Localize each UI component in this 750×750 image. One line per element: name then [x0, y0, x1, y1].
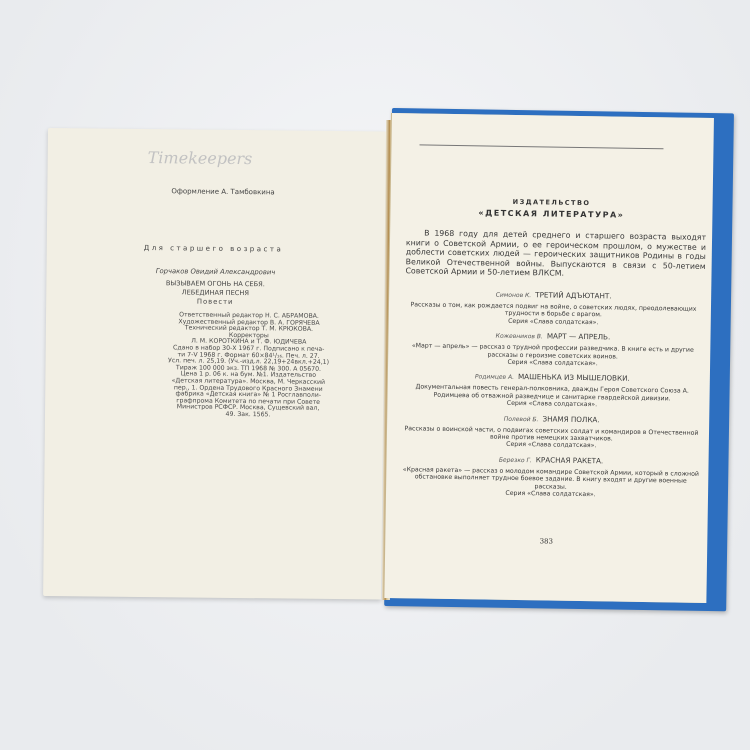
left-page-colophon: Timekeepers Оформление А. Тамбовкина Для… [43, 128, 386, 600]
right-page-advert: ИЗДАТЕЛЬСТВО «ДЕТСКАЯ ЛИТЕРАТУРА» В 1968… [384, 113, 714, 603]
page-number: 383 [385, 535, 707, 548]
intro-text: В 1968 году для детей среднего и старшег… [405, 228, 706, 281]
entry-author: Березко Г. [499, 457, 532, 465]
publisher-name: «ДЕТСКАЯ ЛИТЕРАТУРА» [390, 207, 712, 221]
entry-heading: Березко Г.КРАСНАЯ РАКЕТА. [399, 453, 704, 467]
entry-heading: Родимцев А.МАШЕНЬКА ИЗ МЫШЕЛОВКИ. [400, 371, 705, 385]
entry-heading: Симонов К.ТРЕТИЙ АДЪЮТАНТ. [401, 288, 706, 302]
entry-title: МАРТ — АПРЕЛЬ. [547, 332, 611, 342]
header-rule [419, 144, 663, 149]
entry-title: МАШЕНЬКА ИЗ МЫШЕЛОВКИ. [518, 372, 630, 383]
entry-author: Кожевников В. [496, 333, 543, 341]
intro-paragraph: В 1968 году для детей среднего и старшег… [405, 228, 706, 281]
entry-author: Родимцев А. [475, 374, 514, 382]
entry-heading: Полевой Б.ЗНАМЯ ПОЛКА. [399, 412, 704, 426]
entry-title: ЗНАМЯ ПОЛКА. [542, 414, 599, 424]
entry-title: ТРЕТИЙ АДЪЮТАНТ. [535, 290, 611, 300]
book-entry: Березко Г.КРАСНАЯ РАКЕТА.«Красная ракета… [398, 453, 704, 500]
age-group-label: Для старшего возраста [144, 244, 284, 253]
entry-heading: Кожевников В.МАРТ — АПРЕЛЬ. [400, 329, 705, 343]
entry-title: КРАСНАЯ РАКЕТА. [536, 455, 604, 465]
entry-author: Полевой Б. [504, 415, 539, 423]
author-name: Горчаков Овидий Александрович [46, 266, 384, 278]
book-entry: Полевой Б.ЗНАМЯ ПОЛКА.Рассказы о воинско… [399, 412, 705, 452]
book-entry: Кожевников В.МАРТ — АПРЕЛЬ.«Март — апрел… [400, 329, 706, 369]
book-entries: Симонов К.ТРЕТИЙ АДЪЮТАНТ.Рассказы о том… [398, 288, 706, 506]
colophon-block: Ответственный редактор Н. С. АБРАМОВА.Ху… [153, 312, 344, 419]
book-entry: Симонов К.ТРЕТИЙ АДЪЮТАНТ.Рассказы о том… [401, 288, 707, 328]
designer-credit: Оформление А. Тамбовкина [171, 187, 274, 196]
watermark-text: Timekeepers [148, 148, 253, 168]
book-entry: Родимцев А.МАШЕНЬКА ИЗ МЫШЕЛОВКИ.Докумен… [399, 371, 705, 411]
entry-author: Симонов К. [496, 292, 532, 300]
